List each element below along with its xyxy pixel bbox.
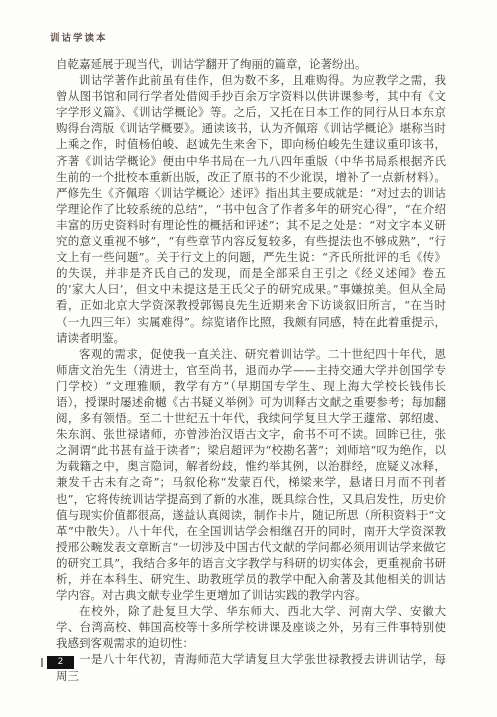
paragraph: 一是八十年代初，青海师范大学请复旦大学张世禄教授去讲训诂学，每周三 — [56, 651, 446, 683]
paragraph: 在校外，除了赴复旦大学、华东师大、西北大学、河南大学、安徽大学、台湾高校、韩国高… — [56, 603, 446, 651]
page-body: 自乾嘉延展于现当代，训诂学翻开了绚丽的篇章，论著纷出。 训诂学著作此前虽有佳作，… — [56, 56, 446, 684]
page-number: 2 — [58, 657, 64, 667]
paragraph: 训诂学著作此前虽有佳作，但为数不多，且难购得。为应教学之需，我曾从图书馆和同行学… — [56, 72, 446, 346]
running-header: 训诂学读本 — [50, 30, 108, 44]
paragraph: 客观的需求，促使我一直关注、研究着训诂学。二十世纪四十年代，恩师唐文治先生（清进… — [56, 346, 446, 604]
book-page: 训诂学读本 自乾嘉延展于现当代，训诂学翻开了绚丽的篇章，论著纷出。 训诂学著作此… — [0, 0, 497, 717]
scan-edge-mark — [41, 658, 43, 667]
paragraph: 自乾嘉延展于现当代，训诂学翻开了绚丽的篇章，论著纷出。 — [56, 56, 446, 72]
page-number-badge: 2 — [47, 656, 74, 669]
